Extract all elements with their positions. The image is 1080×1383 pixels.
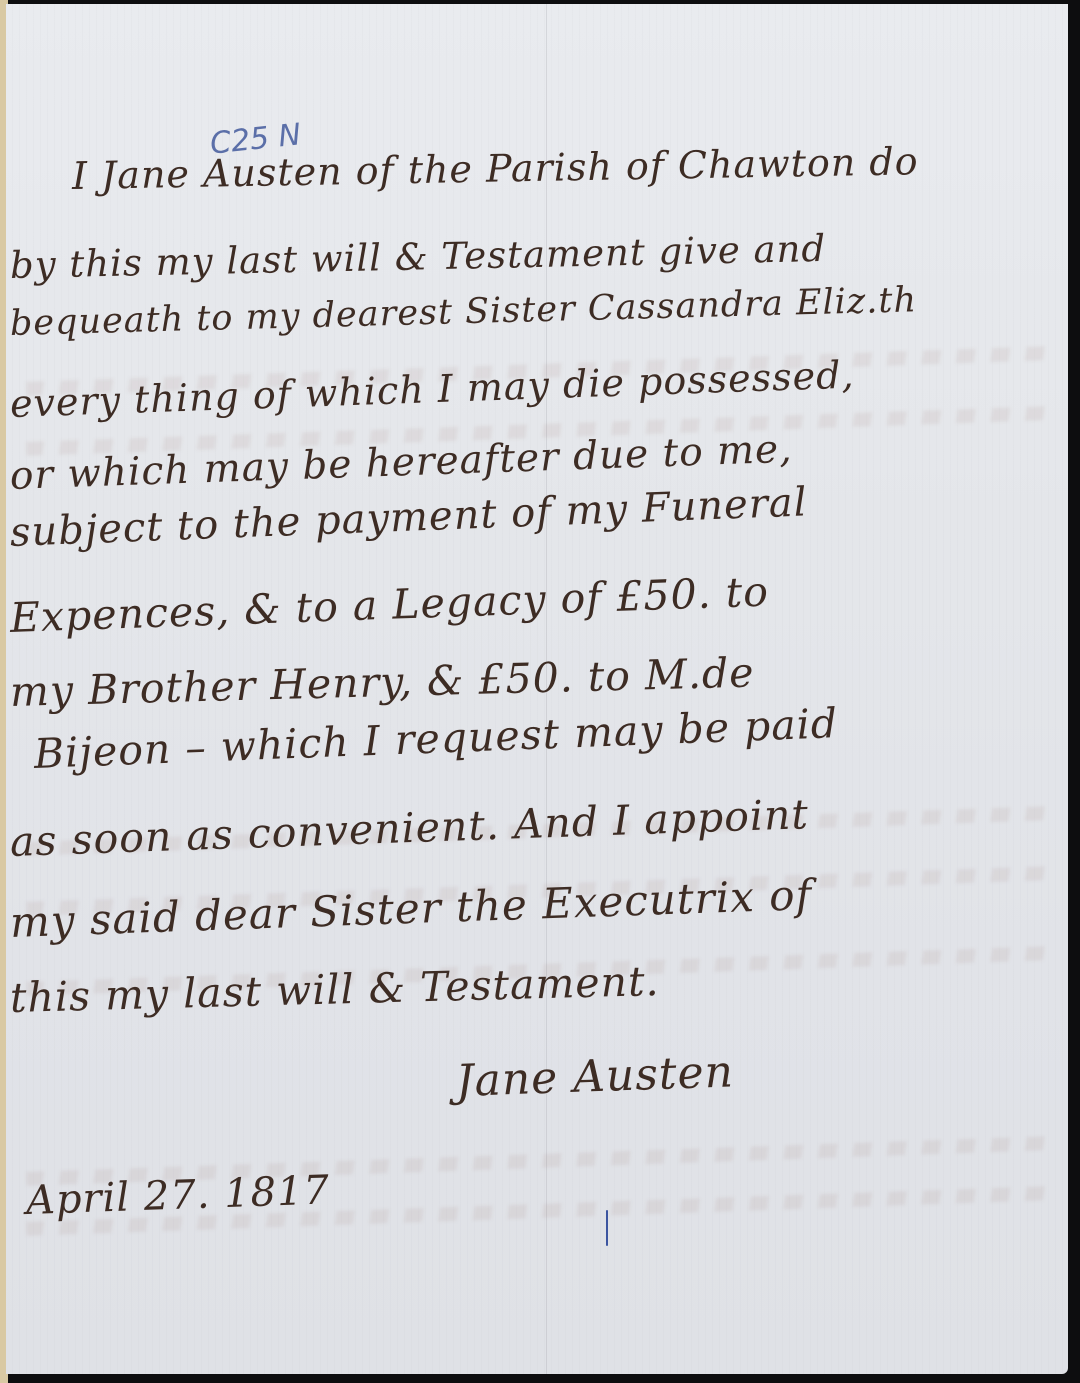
will-text-line-12: this my last will & Testament. xyxy=(9,957,660,1022)
will-text-line-1: I Jane Austen of the Parish of Chawton d… xyxy=(72,139,919,198)
will-text-line-7: Expences, & to a Legacy of £50. to xyxy=(9,568,769,642)
manuscript-page: C25 N I Jane Austen of the Parish of Cha… xyxy=(6,4,1068,1374)
blue-pencil-tick xyxy=(606,1210,608,1246)
signature: Jane Austen xyxy=(455,1046,735,1107)
will-text-line-4: every thing of which I may die possessed… xyxy=(9,353,855,426)
will-text-line-3: bequeath to my dearest Sister Cassandra … xyxy=(9,280,917,344)
will-text-line-11: my said dear Sister the Executrix of xyxy=(9,870,813,947)
will-text-line-2: by this my last will & Testament give an… xyxy=(10,227,827,287)
will-text-line-10: as soon as convenient. And I appoint xyxy=(9,790,809,866)
